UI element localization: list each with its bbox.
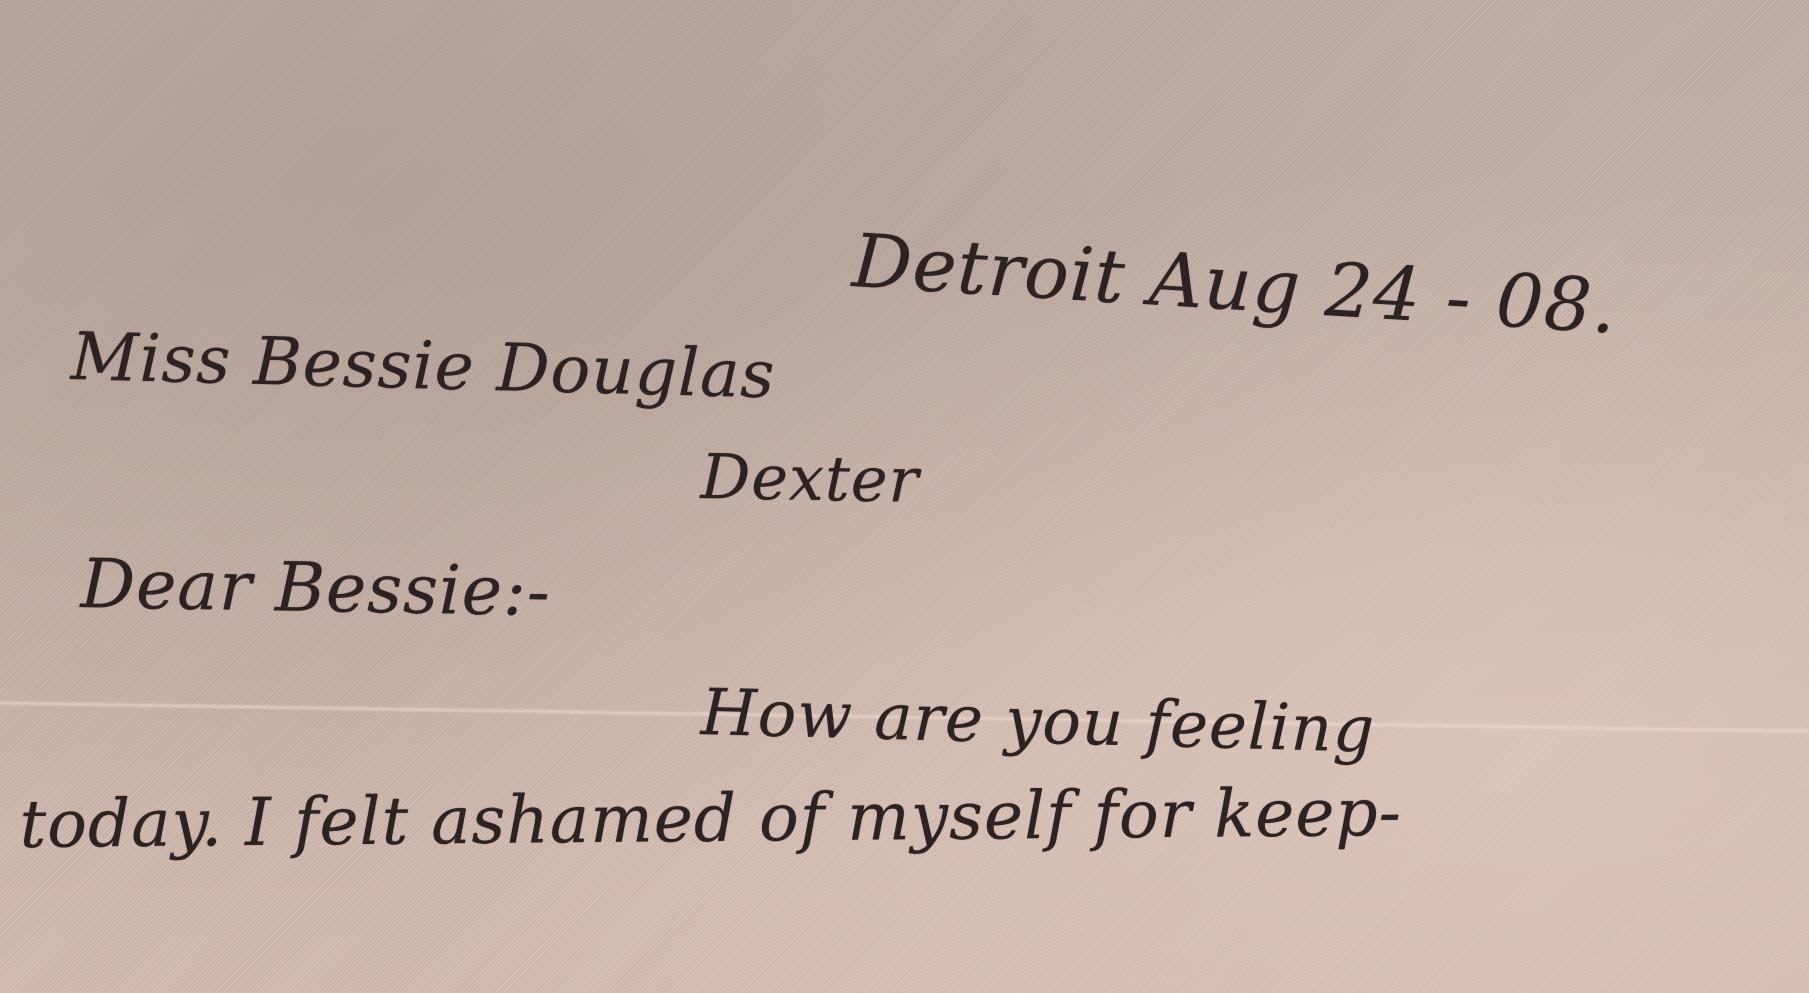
letter-salutation: Dear Bessie:- [80,545,552,632]
letter-body-line: today. I felt ashamed of myself for keep… [19,774,1402,863]
recipient-place: Dexter [700,440,920,517]
